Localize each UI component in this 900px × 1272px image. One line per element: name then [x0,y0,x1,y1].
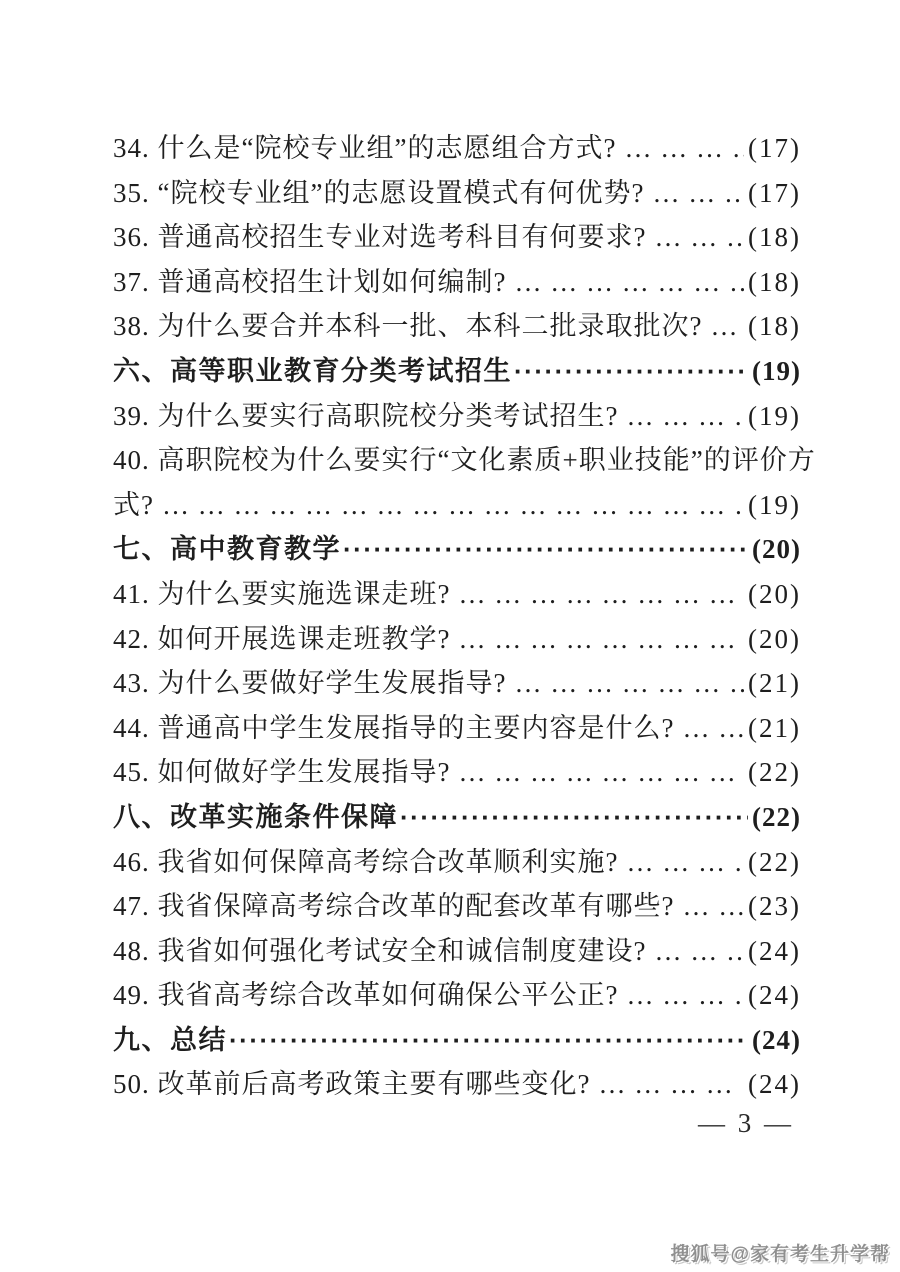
dot-leader: ········································… [343,527,748,572]
toc-entry-page: (17) [748,126,801,171]
toc-entry-text: 46. 我省如何保障高考综合改革顺利实施? [113,840,618,885]
toc-entry-text: 43. 为什么要做好学生发展指导? [113,661,506,706]
dot-leader: ········································… [514,349,748,394]
dot-leader: … … … … … … … … … … … … … … … … … … … … … [654,215,744,260]
toc-entry-text: 40. 高职院校为什么要实行“文化素质+职业技能”的评价方 [113,438,816,483]
toc-entry-text: 37. 普通高校招生计划如何编制? [113,260,506,305]
dot-leader: … … … … … … … … … … … … … … … … … … … … … [652,171,744,216]
dot-leader: … … … … … … … … … … … … … … … … … … … … … [682,884,744,929]
toc-entry: 41. 为什么要实施选课走班? … … … … … … … … … … … … … [113,572,801,617]
toc-entry-text: 39. 为什么要实行高职院校分类考试招生? [113,394,618,439]
toc-entry-page: (19) [748,483,801,528]
table-of-contents: 34. 什么是“院校专业组”的志愿组合方式? … … … … … … … … …… [113,126,801,1107]
toc-entry: 42. 如何开展选课走班教学? … … … … … … … … … … … … … [113,617,801,662]
toc-entry: 34. 什么是“院校专业组”的志愿组合方式? … … … … … … … … …… [113,126,801,171]
toc-entry-text: 44. 普通高中学生发展指导的主要内容是什么? [113,706,674,751]
toc-entry-text: 34. 什么是“院校专业组”的志愿组合方式? [113,126,616,171]
dot-leader: … … … … … … … … … … … … … … … … … … … … … [514,260,744,305]
toc-entry: 44. 普通高中学生发展指导的主要内容是什么? … … … … … … … … … [113,706,801,751]
toc-entry-text: 42. 如何开展选课走班教学? [113,617,450,662]
toc-entry-page: (21) [748,706,801,751]
dot-leader: … … … … … … … … … … … … … … … … … … … … … [162,483,744,528]
toc-entry-page: (18) [748,215,801,260]
dot-leader: … … … … … … … … … … … … … … … … … … … … … [598,1062,744,1107]
toc-entry-text: 41. 为什么要实施选课走班? [113,572,450,617]
toc-section-page: (22) [752,795,801,840]
toc-entry: 46. 我省如何保障高考综合改革顺利实施? … … … … … … … … … … [113,840,801,885]
toc-entry-page: (21) [748,661,801,706]
toc-entry: 49. 我省高考综合改革如何确保公平公正? … … … … … … … … … … [113,973,801,1018]
dot-leader: ········································… [400,795,748,840]
toc-entry-wrapped-line2: 式? … … … … … … … … … … … … … … … … … … …… [113,483,801,528]
toc-entry-text: 38. 为什么要合并本科一批、本科二批录取批次? [113,304,702,349]
toc-entry-page: (22) [748,840,801,885]
toc-entry-page: (18) [748,304,801,349]
toc-entry-text: 49. 我省高考综合改革如何确保公平公正? [113,973,618,1018]
toc-entry-page: (20) [748,617,801,662]
dot-leader: … … … … … … … … … … … … … … … … … … … … … [624,126,744,171]
dot-leader: ········································… [229,1018,748,1063]
dot-leader: … … … … … … … … … … … … … … … … … … … … … [458,750,744,795]
dot-leader: … … … … … … … … … … … … … … … … … … … … … [710,304,744,349]
toc-entry-page: (19) [748,394,801,439]
toc-entry: 35. “院校专业组”的志愿设置模式有何优势? … … … … … … … … … [113,171,801,216]
sohu-watermark: 搜狐号@家有考生升学帮 [670,1239,890,1266]
toc-entry: 43. 为什么要做好学生发展指导? … … … … … … … … … … … … [113,661,801,706]
toc-entry-page: (23) [748,884,801,929]
page-number: — 3 — [698,1108,794,1139]
toc-entry-text: 36. 普通高校招生专业对选考科目有何要求? [113,215,646,260]
toc-entry-page: (18) [748,260,801,305]
toc-entry: 36. 普通高校招生专业对选考科目有何要求? … … … … … … … … …… [113,215,801,260]
toc-entry-page: (22) [748,750,801,795]
document-page: 34. 什么是“院校专业组”的志愿组合方式? … … … … … … … … …… [0,0,900,1272]
toc-section-page: (24) [752,1018,801,1063]
toc-entry-text: 35. “院校专业组”的志愿设置模式有何优势? [113,171,644,216]
toc-section-text: 九、总结 [113,1018,227,1063]
toc-entry-wrapped-line1: 40. 高职院校为什么要实行“文化素质+职业技能”的评价方 [113,438,801,483]
dot-leader: … … … … … … … … … … … … … … … … … … … … … [626,394,744,439]
toc-entry: 37. 普通高校招生计划如何编制? … … … … … … … … … … … … [113,260,801,305]
toc-entry: 38. 为什么要合并本科一批、本科二批录取批次? … … … … … … … …… [113,304,801,349]
dot-leader: … … … … … … … … … … … … … … … … … … … … … [458,572,744,617]
toc-section-text: 七、高中教育教学 [113,527,341,572]
toc-section-text: 六、高等职业教育分类考试招生 [113,349,512,394]
toc-section-heading: 九、总结 ···································… [113,1018,801,1063]
toc-entry-page: (24) [748,1062,801,1107]
toc-section-text: 八、改革实施条件保障 [113,795,398,840]
toc-entry: 47. 我省保障高考综合改革的配套改革有哪些? … … … … … … … … … [113,884,801,929]
toc-entry-text: 式? [113,483,154,528]
toc-entry: 48. 我省如何强化考试安全和诚信制度建设? … … … … … … … … …… [113,929,801,974]
dot-leader: … … … … … … … … … … … … … … … … … … … … … [514,661,744,706]
toc-section-page: (19) [752,349,801,394]
toc-entry-page: (24) [748,929,801,974]
toc-entry: 39. 为什么要实行高职院校分类考试招生? … … … … … … … … … … [113,394,801,439]
toc-entry-page: (17) [748,171,801,216]
toc-section-heading: 六、高等职业教育分类考试招生 ·························… [113,349,801,394]
toc-entry-page: (24) [748,973,801,1018]
toc-entry-text: 45. 如何做好学生发展指导? [113,750,450,795]
toc-entry-text: 47. 我省保障高考综合改革的配套改革有哪些? [113,884,674,929]
toc-entry-text: 50. 改革前后高考政策主要有哪些变化? [113,1062,590,1107]
dot-leader: … … … … … … … … … … … … … … … … … … … … … [458,617,744,662]
toc-entry: 50. 改革前后高考政策主要有哪些变化? … … … … … … … … … …… [113,1062,801,1107]
dot-leader: … … … … … … … … … … … … … … … … … … … … … [626,840,744,885]
dot-leader: … … … … … … … … … … … … … … … … … … … … … [626,973,744,1018]
toc-section-heading: 七、高中教育教学 ·······························… [113,527,801,572]
toc-entry: 45. 如何做好学生发展指导? … … … … … … … … … … … … … [113,750,801,795]
dot-leader: … … … … … … … … … … … … … … … … … … … … … [654,929,744,974]
dot-leader: … … … … … … … … … … … … … … … … … … … … … [682,706,744,751]
toc-entry-text: 48. 我省如何强化考试安全和诚信制度建设? [113,929,646,974]
toc-section-heading: 八、改革实施条件保障 ·····························… [113,795,801,840]
toc-entry-page: (20) [748,572,801,617]
toc-section-page: (20) [752,527,801,572]
